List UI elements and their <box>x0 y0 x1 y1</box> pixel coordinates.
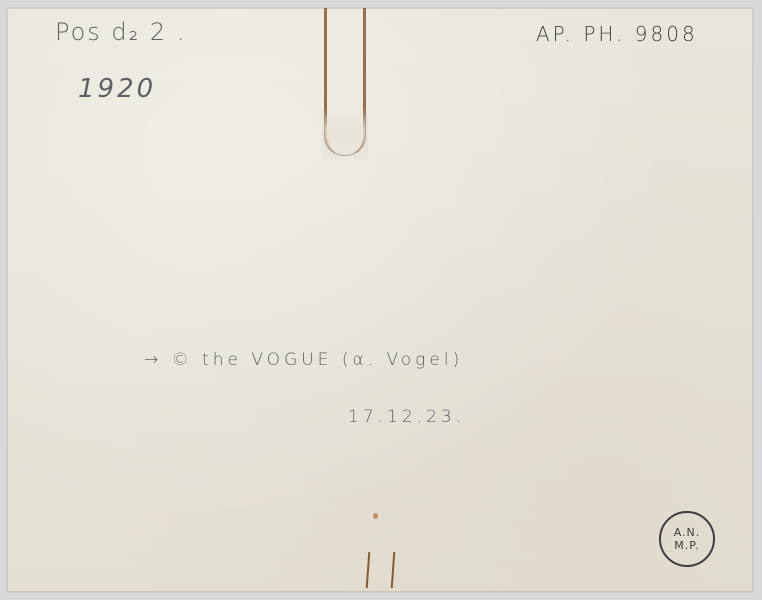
stamp-line2: M.P. <box>674 539 699 552</box>
slot-outline <box>324 108 366 156</box>
archive-location-note: Pos d₂ 2 . <box>55 18 186 46</box>
stamp-line1: A.N. <box>674 526 701 539</box>
date-note: 17.12.23. <box>348 407 465 427</box>
year-note: 1920 <box>78 74 156 104</box>
inventory-number: AP. PH. 9808 <box>536 22 698 46</box>
credit-note: → © the VOGUE (α. Vogel) <box>144 350 463 370</box>
rust-spot <box>373 513 378 519</box>
archive-stamp: A.N. M.P. <box>659 511 715 567</box>
